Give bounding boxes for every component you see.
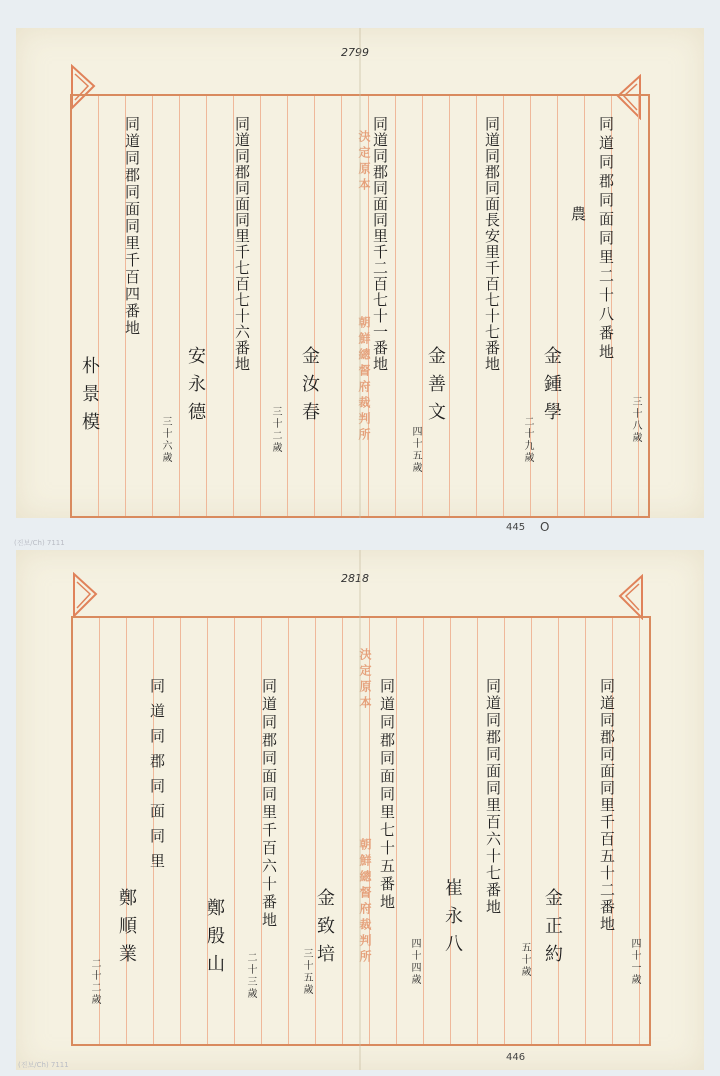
entry-name: 鄭殷山 [201, 898, 227, 1044]
corner-ornament-icon [618, 574, 644, 620]
ruled-frame: 決定原本 朝鮮總督府裁判所 同道同郡同面同里二十八番地 三十八歲 農 金鍾學 同… [70, 94, 650, 518]
circle-mark: O [540, 520, 549, 534]
entry-address: 同道同郡同面同里千百四番地 [122, 116, 143, 516]
entry-age: 三十二歲 [268, 406, 283, 516]
page-number: 445 [506, 522, 525, 533]
entry-name: 金汝春 [296, 346, 322, 516]
entry-address: 同道同郡同面同里七十五番地 [377, 678, 398, 1044]
document-page-1: 2799 決定原本 朝鮮總督府裁判所 同道同郡同面同里二十八番地 三十八歲 農 … [16, 28, 704, 518]
entry-address: 同道同郡同面同里千百六十番地 [259, 678, 280, 1044]
entry-age: 二十九歲 [520, 416, 535, 516]
document-page-2: 2818 決定原本 朝鮮總督府裁判所 同道同郡同面同里千百五十二番地 四十一歲 … [16, 550, 704, 1070]
entry-address: 同道同郡同面同里千百五十二番地 [597, 678, 618, 1044]
entry-occupation: 農 [568, 206, 589, 516]
entry-name: 崔永八 [439, 878, 465, 1044]
entry-age: 四十一歲 [627, 938, 642, 1044]
entry-address: 同道同郡同面同里 [147, 678, 168, 1044]
stamp-court-name: 朝鮮總督府裁判所 [357, 838, 374, 966]
entry-age: 三十六歲 [158, 416, 173, 516]
corner-ornament-icon [72, 572, 98, 618]
folio-number: 2799 [341, 46, 369, 59]
entry-age: 四十四歲 [407, 938, 422, 1044]
entry-address: 同道同郡同面同里百六十七番地 [483, 678, 504, 1044]
entry-age: 二十三歲 [243, 952, 258, 1044]
entry-address: 同道同郡同面同里千七百七十六番地 [232, 116, 253, 516]
entry-name: 安永德 [182, 346, 208, 516]
entry-address: 同道同郡同面同里二十八番地 [596, 116, 617, 516]
archive-mark: (진보/Ch) 7111 [18, 1060, 69, 1070]
entry-name: 朴景模 [76, 356, 102, 516]
entry-name: 鄭順業 [113, 888, 139, 1044]
stamp-decision-original: 決定原本 [357, 648, 374, 712]
page-number: 446 [506, 1052, 525, 1063]
ruled-frame: 決定原本 朝鮮總督府裁判所 同道同郡同面同里千百五十二番地 四十一歲 金正約 同… [71, 616, 651, 1046]
entry-name: 金正約 [539, 888, 565, 1044]
entry-address: 同道同郡同面同里千二百七十一番地 [370, 116, 391, 516]
entry-age: 四十五歲 [408, 426, 423, 516]
entry-age: 五十歲 [517, 942, 532, 1044]
entry-age: 二十二歲 [87, 958, 102, 1044]
entry-address: 同道同郡同面長安里千百七十七番地 [482, 116, 503, 516]
entry-name: 金鍾學 [538, 346, 564, 516]
entry-name: 金致培 [311, 888, 337, 1044]
archive-mark: (진보/Ch) 7111 [14, 538, 65, 548]
entry-age: 三十八歲 [628, 396, 643, 516]
entry-age: 三十五歲 [299, 948, 314, 1044]
entry-name: 金善文 [422, 346, 448, 516]
folio-number: 2818 [341, 572, 369, 585]
